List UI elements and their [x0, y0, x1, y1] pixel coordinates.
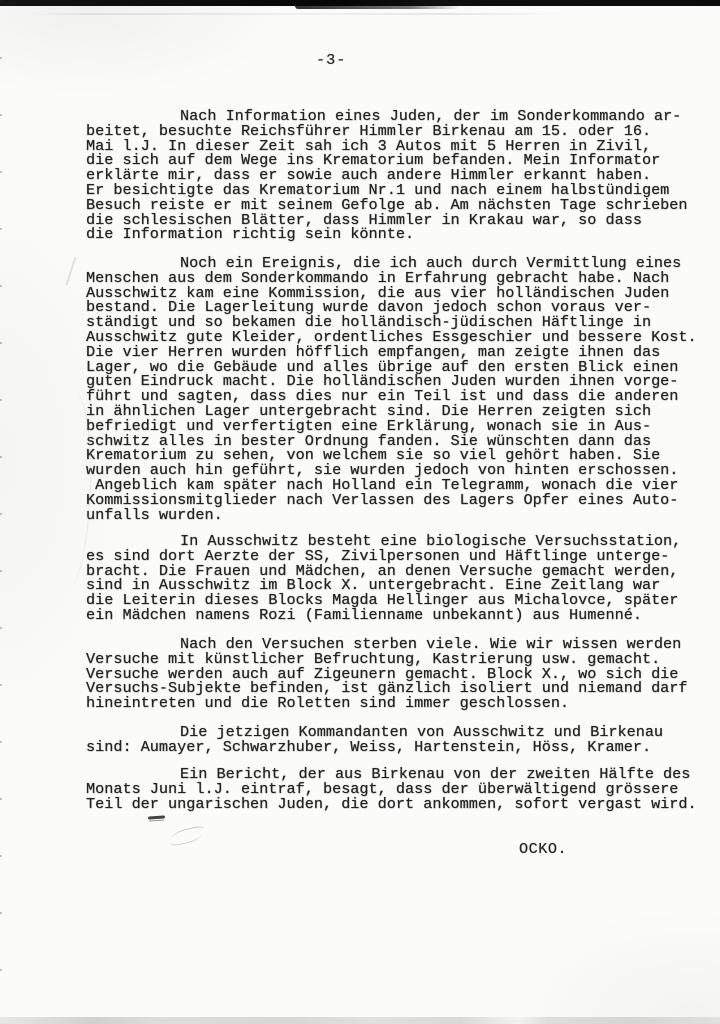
- signature-ocko: OCKO.: [519, 840, 567, 858]
- paper-crease: [48, 388, 91, 588]
- paragraph-3: In Ausschwitz besteht eine biologische V…: [86, 534, 708, 623]
- paragraph-5: Die jetzigen Kommandanten von Ausschwitz…: [86, 725, 708, 755]
- margin-pencil-mark: [65, 256, 76, 285]
- paragraph-6: Ein Bericht, der aus Birkenau von der zw…: [86, 767, 708, 811]
- ink-smudge: [148, 815, 165, 819]
- paragraph-1: Nach Information eines Juden, der im Son…: [86, 109, 708, 242]
- scan-edge-left-specks: [0, 0, 2, 1024]
- pencil-smudge: [168, 824, 205, 848]
- paragraph-2: Noch ein Ereignis, die ich auch durch Ve…: [86, 256, 708, 522]
- page-number: -3-: [316, 51, 346, 69]
- scan-edge-bottom-bar: [0, 1017, 720, 1024]
- scanned-document-page: -3- Nach Information eines Juden, der im…: [0, 0, 720, 1024]
- scan-edge-top-bar: [0, 0, 720, 6]
- scan-streak: [25, 13, 570, 15]
- paragraph-4: Nach den Versuchen sterben viele. Wie wi…: [86, 637, 708, 711]
